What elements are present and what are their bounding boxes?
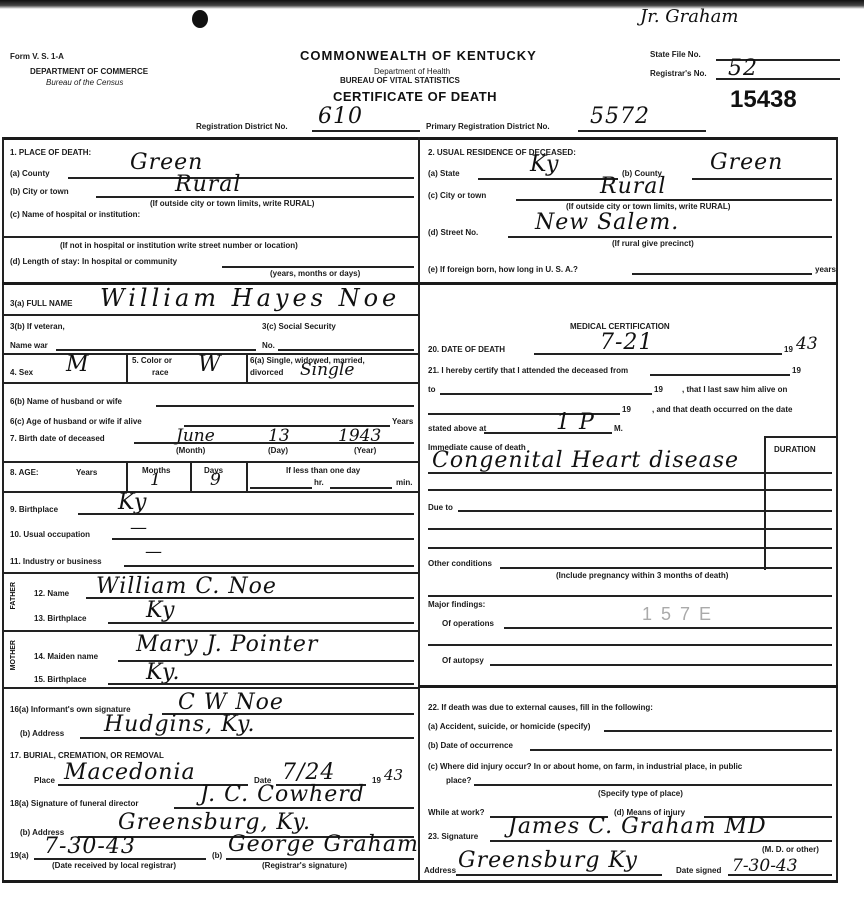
ss-no-label: No. [262, 341, 275, 350]
major-findings-label: Major findings: [428, 600, 485, 609]
commonwealth-title: COMMONWEALTH OF KENTUCKY [300, 48, 537, 63]
age-label: 8. AGE: [10, 468, 39, 477]
father-birthplace-label: 13. Birthplace [34, 614, 86, 623]
signature-label: 23. Signature [428, 832, 478, 841]
res-street-value: New Salem. [535, 210, 679, 235]
date-received-label: 19(a) [10, 851, 29, 860]
immediate-cause-value: Congenital Heart disease [432, 448, 739, 473]
form-number: Form V. S. 1-A [10, 52, 64, 61]
informant-address-label: (b) Address [20, 729, 64, 738]
min-label: min. [396, 478, 412, 487]
other-conditions-label: Other conditions [428, 559, 492, 568]
reg-district-label: Registration District No. [196, 122, 288, 131]
death-city-label: (b) City or town [10, 187, 69, 196]
top-handwritten-note: Jr. Graham [640, 6, 738, 27]
industry-label: 11. Industry or business [10, 557, 102, 566]
date-received-value: 7-30-43 [44, 834, 136, 859]
sex-value: M [66, 352, 90, 377]
certify-line-1: 21. I hereby certify that I attended the… [428, 366, 628, 375]
injury-place-label-2: place? [446, 776, 471, 785]
father-name-value: William C. Noe [96, 574, 277, 599]
res-street-label: (d) Street No. [428, 228, 478, 237]
registrar-no-label: Registrar's No. [650, 69, 707, 78]
funeral-director-label: 18(a) Signature of funeral director [10, 799, 138, 808]
birthplace-value: Ky [118, 490, 147, 515]
duration-label: DURATION [774, 445, 816, 454]
birth-date-label: 7. Birth date of deceased [10, 434, 105, 443]
certificate-title: CERTIFICATE OF DEATH [333, 89, 497, 104]
dod-label: 20. DATE OF DEATH [428, 345, 505, 354]
death-county-label: (a) County [10, 169, 50, 178]
certify-19c: 19 [622, 405, 631, 414]
name-war-label: Name war [10, 341, 48, 350]
signature-note: (M. D. or other) [762, 845, 819, 854]
burial-place-value: Macedonia [64, 760, 196, 785]
registrar-sig-caption: (Registrar's signature) [262, 861, 347, 870]
mother-birthplace-value: Ky. [146, 660, 181, 685]
color-label: 5. Color or [132, 356, 172, 365]
spouse-name-label: 6(b) Name of husband or wife [10, 397, 122, 406]
registrar-signature: George Graham [228, 832, 419, 857]
marital-value: Single [300, 360, 354, 380]
certify-to: to [428, 385, 436, 394]
birthplace-label: 9. Birthplace [10, 505, 58, 514]
mother-tag: MOTHER [10, 640, 17, 670]
hospital-label: (c) Name of hospital or institution: [10, 210, 140, 219]
father-tag: FATHER [10, 582, 17, 609]
day-caption: (Day) [268, 446, 288, 455]
less-than-day-label: If less than one day [286, 466, 360, 475]
certify-19a: 19 [792, 366, 801, 375]
informant-address-value: Hudgins, Ky. [104, 712, 256, 737]
dod-year: 43 [796, 334, 818, 354]
father-birthplace-value: Ky [146, 598, 175, 623]
dod-year-prefix: 19 [784, 345, 793, 354]
physician-address-value: Greensburg Ky [458, 848, 638, 873]
operations-label: Of operations [442, 619, 494, 628]
res-street-note: (If rural give precinct) [612, 239, 694, 248]
primary-reg-value: 5572 [590, 104, 650, 129]
res-state-value: Ky [530, 152, 559, 177]
date-signed-value: 7-30-43 [732, 856, 798, 876]
accident-label: (a) Accident, suicide, or homicide (spec… [428, 722, 590, 731]
spouse-age-label: 6(c) Age of husband or wife if alive [10, 417, 142, 426]
other-conditions-note: (Include pregnancy within 3 months of de… [556, 571, 728, 580]
dod-value: 7-21 [600, 330, 653, 355]
funeral-director-value: J. C. Cowherd [200, 782, 365, 807]
industry-value: — [145, 542, 162, 562]
mother-birthplace-label: 15. Birthplace [34, 675, 86, 684]
due-to-label: Due to [428, 503, 453, 512]
injury-place-note: (Specify type of place) [598, 789, 683, 798]
physician-signature: James C. Graham MD [508, 814, 767, 839]
certify-line-2: , that I last saw him alive on [682, 385, 787, 394]
length-of-stay-label: (d) Length of stay: In hospital or commu… [10, 257, 177, 266]
race-value: W [198, 352, 222, 377]
full-name-label: 3(a) FULL NAME [10, 299, 73, 308]
year-caption: (Year) [354, 446, 376, 455]
res-city-value: Rural [600, 174, 666, 199]
certificate-stamp-number: 15438 [730, 86, 797, 114]
occupation-label: 10. Usual occupation [10, 530, 90, 539]
dept-commerce: DEPARTMENT OF COMMERCE [30, 67, 148, 76]
spouse-age-unit: Years [392, 417, 413, 426]
autopsy-label: Of autopsy [442, 656, 484, 665]
bureau-census: Bureau of the Census [46, 78, 123, 87]
dept-health: Department of Health [374, 67, 450, 76]
state-file-label: State File No. [650, 50, 701, 59]
date-received-caption: (Date received by local registrar) [52, 861, 176, 870]
full-name-value: William Hayes Noe [100, 284, 400, 312]
res-city-label: (c) City or town [428, 191, 486, 200]
physician-address-label: Address [424, 866, 456, 875]
hr-label: hr. [314, 478, 324, 487]
age-months-value: 1 [150, 470, 161, 490]
res-county-value: Green [710, 150, 783, 175]
stated-above-label: stated above at [428, 424, 486, 433]
burial-year-value: 43 [384, 766, 403, 784]
occurrence-date-label: (b) Date of occurrence [428, 741, 513, 750]
injury-place-label: (c) Where did injury occur? In or about … [428, 762, 742, 771]
foreign-born-label: (e) If foreign born, how long in U. S. A… [428, 265, 578, 274]
res-state-label: (a) State [428, 169, 460, 178]
length-of-stay-note: (years, months or days) [270, 269, 360, 278]
age-years-label: Years [76, 468, 97, 477]
time-suffix: M. [614, 424, 623, 433]
external-heading: 22. If death was due to external causes,… [428, 703, 653, 712]
burial-place-label: Place [34, 776, 55, 785]
sex-label: 4. Sex [10, 368, 33, 377]
operations-stamp: 1 5 7 E [642, 604, 713, 625]
certify-19b: 19 [654, 385, 663, 394]
hospital-note: (If not in hospital or institution write… [60, 241, 298, 250]
reg-district-value: 610 [318, 104, 363, 129]
primary-reg-label: Primary Registration District No. [426, 122, 550, 131]
place-of-death-heading: 1. PLACE OF DEATH: [10, 148, 91, 157]
divorced-label: divorced [250, 368, 283, 377]
mother-name-value: Mary J. Pointer [136, 632, 318, 657]
social-security-label: 3(c) Social Security [262, 322, 336, 331]
bureau-vital: BUREAU OF VITAL STATISTICS [340, 76, 460, 85]
while-at-work-label: While at work? [428, 808, 484, 817]
veteran-label: 3(b) If veteran, [10, 322, 65, 331]
occupation-value: — [130, 518, 147, 538]
date-signed-label: Date signed [676, 866, 721, 875]
burial-heading: 17. BURIAL, CREMATION, OR REMOVAL [10, 751, 164, 760]
registrar-sig-label: (b) [212, 851, 222, 860]
race-label: race [152, 368, 168, 377]
certify-line-3: , and that death occurred on the date [652, 405, 792, 414]
punch-hole [192, 10, 208, 28]
age-days-value: 9 [210, 470, 221, 490]
month-caption: (Month) [176, 446, 205, 455]
foreign-born-unit: years [815, 265, 836, 274]
mother-name-label: 14. Maiden name [34, 652, 98, 661]
father-name-label: 12. Name [34, 589, 69, 598]
death-city-value: Rural [175, 172, 241, 197]
burial-year-prefix: 19 [372, 776, 381, 785]
death-city-note: (If outside city or town limits, write R… [150, 199, 314, 208]
